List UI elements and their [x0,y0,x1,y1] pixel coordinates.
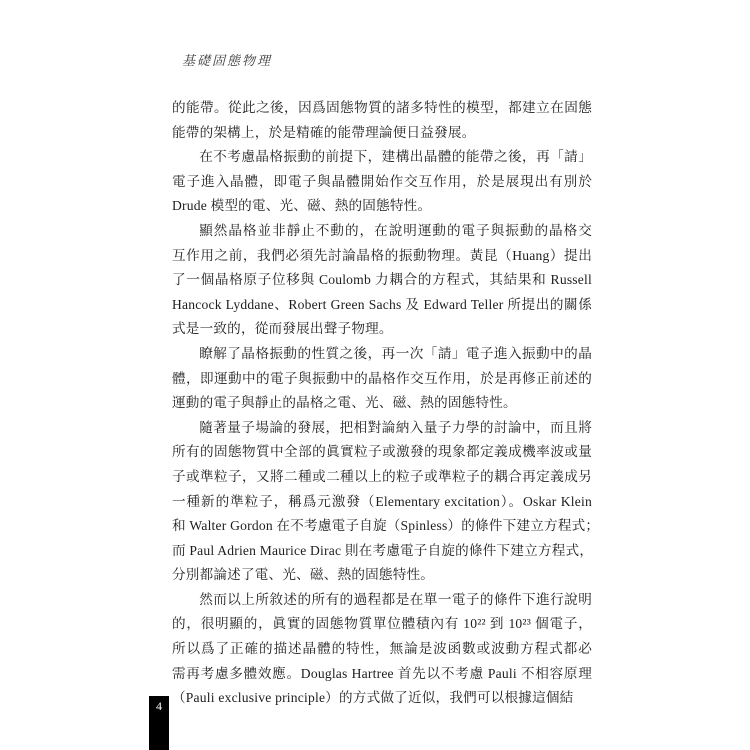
text-line: 的能帶。從此之後，因爲固態物質的諸多特性的模型，都建立在固態 [172,96,592,121]
text-line: 顯然晶格並非靜止不動的，在說明運動的電子與振動的晶格交 [172,219,592,244]
text-line: 一種新的準粒子，稱爲元激發（Elementary excitation）。Osk… [172,490,592,515]
text-line: Drude 模型的電、光、磁、熱的固態特性。 [172,194,592,219]
page-number-bar: 4 [149,696,169,750]
text-line: 分別都論述了電、光、磁、熱的固態特性。 [172,563,592,588]
text-line: 能帶的架構上，於是精確的能帶理論便日益發展。 [172,121,592,146]
text-line: 子或準粒子，又將二種或二種以上的粒子或準粒子的耦合再定義成另 [172,465,592,490]
text-line: 體，即運動中的電子與振動中的晶格作交互作用，於是再修正前述的 [172,367,592,392]
text-line: 和 Walter Gordon 在不考慮電子自旋（Spinless）的條件下建立… [172,514,592,539]
text-line: 互作用之前，我們必須先討論晶格的振動物理。黃昆（Huang）提出 [172,244,592,269]
page-number: 4 [149,696,169,714]
text-line: （Pauli exclusive principle）的方式做了近似，我們可以根… [172,686,592,711]
text-line: 的，很明顯的，眞實的固態物質單位體積內有 10²² 到 10²³ 個電子， [172,612,592,637]
text-line: 需再考慮多體效應。Douglas Hartree 首先以不考慮 Pauli 不相… [172,662,592,687]
text-line: 所以爲了正確的描述晶體的特性，無論是波函數或波動方程式都必 [172,637,592,662]
text-line: 隨著量子場論的發展，把相對論納入量子力學的討論中，而且將 [172,416,592,441]
running-header-book-title: 基礎固態物理 [182,50,272,69]
text-line: 在不考慮晶格振動的前提下，建構出晶體的能帶之後，再「請」 [172,145,592,170]
page-body: 的能帶。從此之後，因爲固態物質的諸多特性的模型，都建立在固態 能帶的架構上，於是… [172,96,592,711]
text-line: 了一個晶格原子位移與 Coulomb 力耦合的方程式，其結果和 Russell [172,268,592,293]
text-line: 而 Paul Adrien Maurice Dirac 則在考慮電子自旋的條件下… [172,539,592,564]
text-line: 所有的固態物質中全部的眞實粒子或激發的現象都定義成機率波或量 [172,440,592,465]
text-line: 然而以上所敘述的所有的過程都是在單一電子的條件下進行說明 [172,588,592,613]
book-page: 基礎固態物理 的能帶。從此之後，因爲固態物質的諸多特性的模型，都建立在固態 能帶… [0,0,750,750]
text-line: 式是一致的，從而發展出聲子物理。 [172,317,592,342]
text-line: 瞭解了晶格振動的性質之後，再一次「請」電子進入振動中的晶 [172,342,592,367]
text-line: 運動的電子與靜止的晶格之電、光、磁、熱的固態特性。 [172,391,592,416]
text-line: 電子進入晶體，即電子與晶體開始作交互作用，於是展現出有別於 [172,170,592,195]
text-line: Hancock Lyddane、Robert Green Sachs 及 Edw… [172,293,592,318]
